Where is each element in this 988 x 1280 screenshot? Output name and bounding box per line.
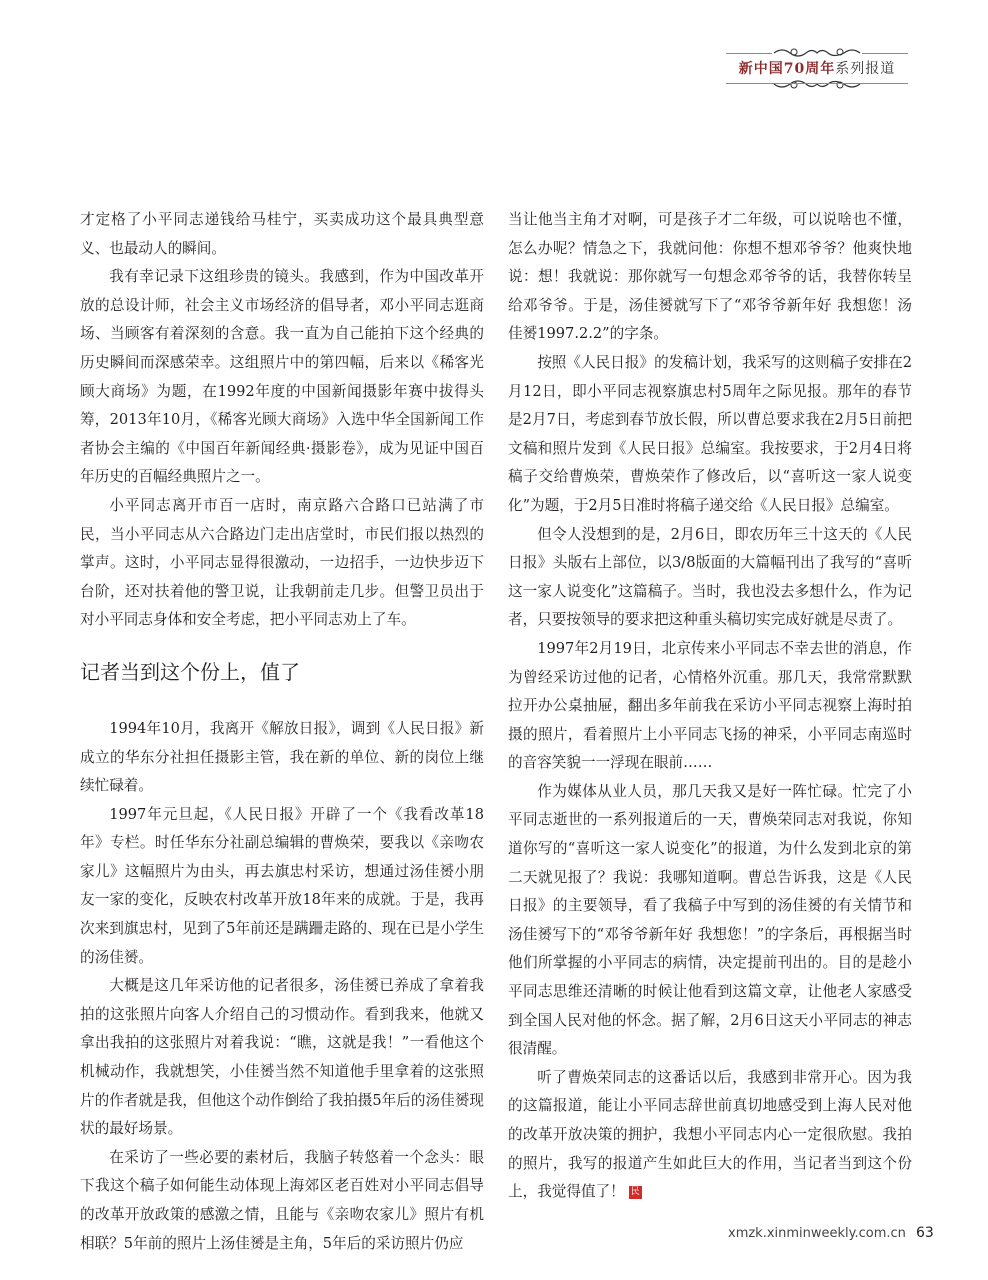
header-rule-bottom [726,83,908,84]
paragraph: 当让他当主角才对啊，可是孩子才二年级，可以说啥也不懂，怎么办呢？情急之下，我就问… [508,206,912,349]
page-footer: xmzk.xinminweekly.com.cn63 [728,1225,934,1241]
paragraph: 按照《人民日报》的发稿计划，我采写的这则稿子安排在2月12日，即小平同志视察旗忠… [508,349,912,521]
series-title-rest: 系列报道 [835,61,895,77]
paragraph: 在采访了一些必要的素材后，我脑子转悠着一个念头：眼下我这个稿子如何能生动体现上海… [80,1144,484,1258]
footer-url: xmzk.xinminweekly.com.cn [728,1226,906,1241]
paragraph: 但令人没想到的是，2月6日，即农历年三十这天的《人民日报》头版右上部位，以3/8… [508,521,912,635]
ornament-flourish-icon [772,77,862,91]
page-number: 63 [916,1225,934,1241]
paragraph: 作为媒体从业人员，那几天我又是好一阵忙碌。忙完了小平同志逝世的一系列报道后的一天… [508,778,912,1064]
paragraph: 1997年元旦起，《人民日报》开辟了一个《我看改革18年》专栏。时任华东分社副总… [80,801,484,973]
paragraph: 我有幸记录下这组珍贵的镜头。我感到，作为中国改革开放的总设计师，社会主义市场经济… [80,263,484,492]
article-column-left: 才定格了小平同志递钱给马桂宁，买卖成功这个最具典型意义、也最动人的瞬间。 我有幸… [80,206,484,1258]
series-title-accent: 新中国70周年 [739,61,835,77]
paragraph: 1997年2月19日，北京传来小平同志不幸去世的消息，作为曾经采访过他的记者，心… [508,635,912,778]
end-mark-icon: 民 [629,1186,642,1199]
paragraph-text: 听了曹焕荣同志的这番话以后，我感到非常开心。因为我的这篇报道，能让小平同志辞世前… [508,1069,912,1200]
series-title: 新中国70周年系列报道 [726,58,908,78]
paragraph: 大概是这几年采访他的记者很多，汤佳赟已养成了拿着我拍的这张照片向客人介绍自己的习… [80,972,484,1144]
paragraph: 才定格了小平同志递钱给马桂宁，买卖成功这个最具典型意义、也最动人的瞬间。 [80,206,484,263]
section-heading: 记者当到这个份上，值了 [80,657,484,687]
series-header: 新中国70周年系列报道 [726,40,908,92]
article-column-right: 当让他当主角才对啊，可是孩子才二年级，可以说啥也不懂，怎么办呢？情急之下，我就问… [508,206,912,1207]
final-paragraph: 听了曹焕荣同志的这番话以后，我感到非常开心。因为我的这篇报道，能让小平同志辞世前… [508,1064,912,1207]
paragraph: 1994年10月，我离开《解放日报》，调到《人民日报》新成立的华东分社担任摄影主… [80,715,484,801]
paragraph: 小平同志离开市百一店时，南京路六合路口已站满了市民，当小平同志从六合路边门走出店… [80,492,484,635]
